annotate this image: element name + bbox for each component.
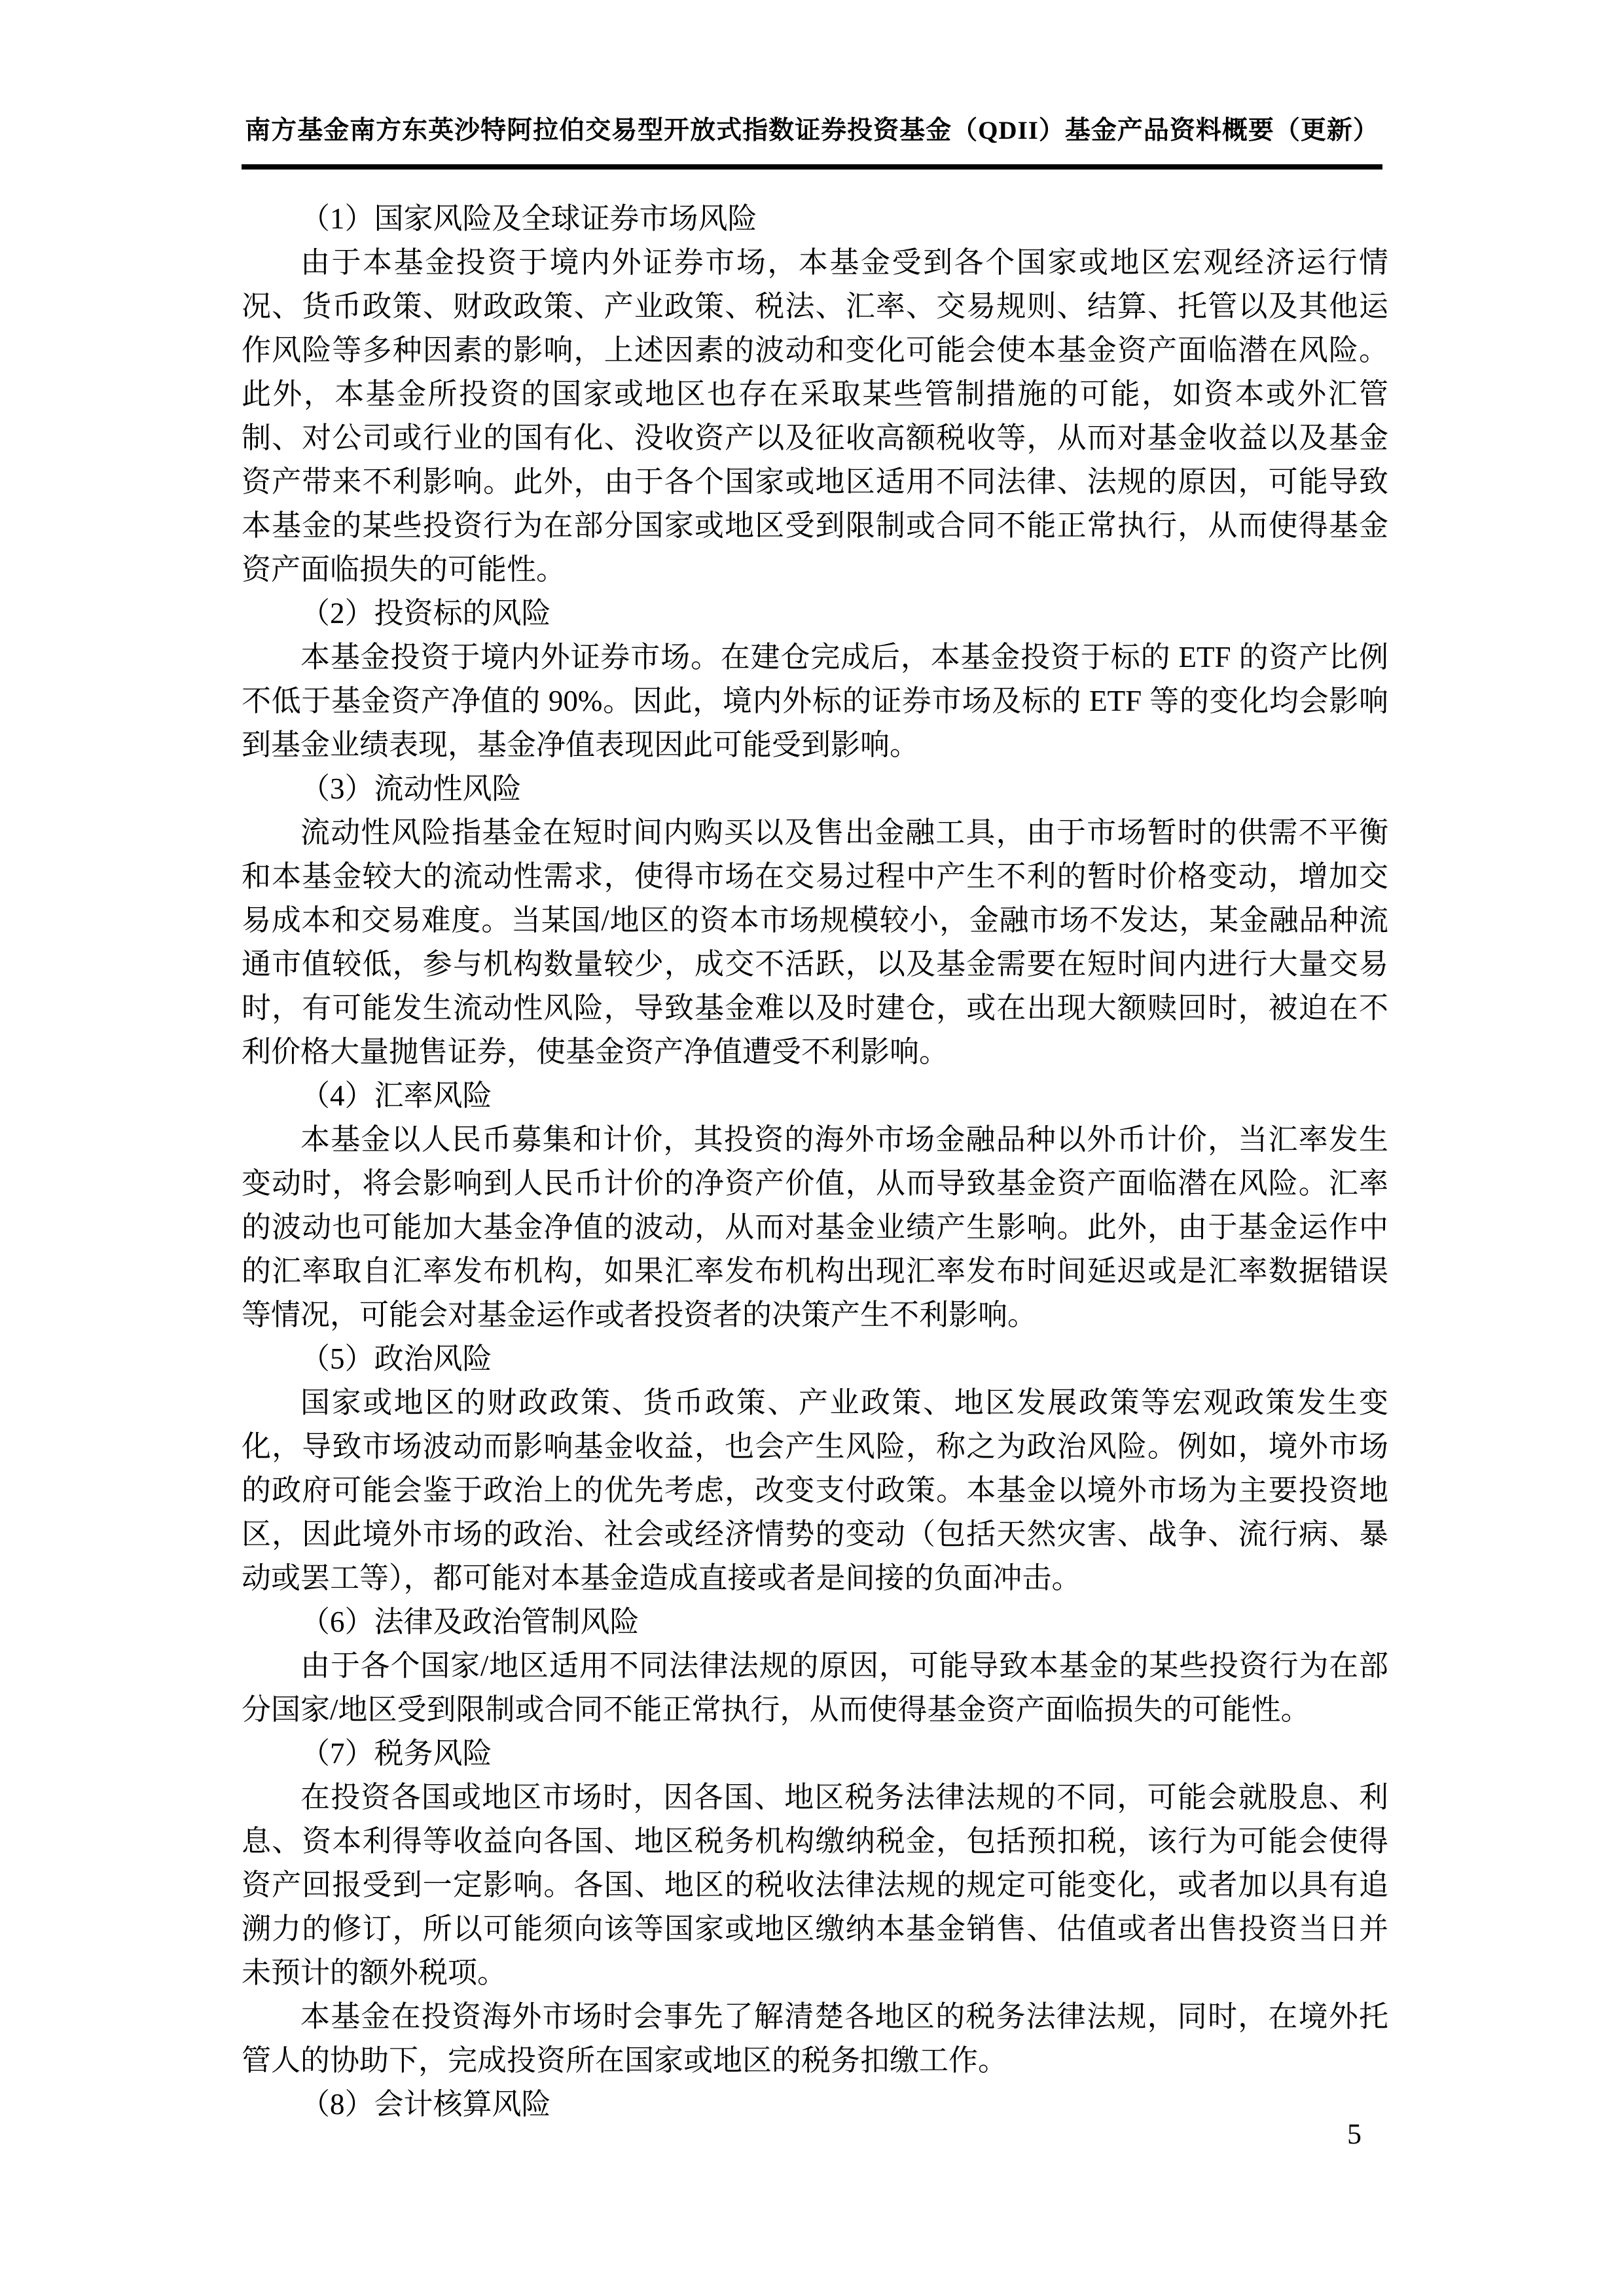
document-header-title: 南方基金南方东英沙特阿拉伯交易型开放式指数证券投资基金（QDII）基金产品资料概… bbox=[0, 110, 1624, 147]
section-5-heading: （5）政治风险 bbox=[242, 1337, 1388, 1381]
section-8-heading: （8）会计核算风险 bbox=[242, 2083, 1388, 2126]
document-page: 南方基金南方东英沙特阿拉伯交易型开放式指数证券投资基金（QDII）基金产品资料概… bbox=[0, 0, 1624, 2296]
section-3-paragraph-1: 流动性风险指基金在短时间内购买以及售出金融工具，由于市场暂时的供需不平衡和本基金… bbox=[242, 811, 1388, 1074]
page-number: 5 bbox=[1347, 2118, 1362, 2151]
section-2-paragraph-1: 本基金投资于境内外证券市场。在建仓完成后，本基金投资于标的 ETF 的资产比例不… bbox=[242, 636, 1388, 767]
section-4-paragraph-1: 本基金以人民币募集和计价，其投资的海外市场金融品种以外币计价，当汇率发生变动时，… bbox=[242, 1118, 1388, 1337]
section-6-heading: （6）法律及政治管制风险 bbox=[242, 1600, 1388, 1644]
header-divider bbox=[242, 164, 1382, 170]
section-5-paragraph-1: 国家或地区的财政政策、货币政策、产业政策、地区发展政策等宏观政策发生变化，导致市… bbox=[242, 1381, 1388, 1600]
section-3-heading: （3）流动性风险 bbox=[242, 767, 1388, 811]
section-7-paragraph-2: 本基金在投资海外市场时会事先了解清楚各地区的税务法律法规，同时，在境外托管人的协… bbox=[242, 1995, 1388, 2083]
section-1-heading: （1）国家风险及全球证券市场风险 bbox=[242, 197, 1388, 241]
section-7-heading: （7）税务风险 bbox=[242, 1732, 1388, 1776]
section-4-heading: （4）汇率风险 bbox=[242, 1074, 1388, 1118]
document-body: （1）国家风险及全球证券市场风险 由于本基金投资于境内外证券市场，本基金受到各个… bbox=[242, 197, 1388, 2126]
section-7-paragraph-1: 在投资各国或地区市场时，因各国、地区税务法律法规的不同，可能会就股息、利息、资本… bbox=[242, 1776, 1388, 1995]
section-2-heading: （2）投资标的风险 bbox=[242, 592, 1388, 636]
section-6-paragraph-1: 由于各个国家/地区适用不同法律法规的原因，可能导致本基金的某些投资行为在部分国家… bbox=[242, 1644, 1388, 1732]
section-1-paragraph-1: 由于本基金投资于境内外证券市场，本基金受到各个国家或地区宏观经济运行情况、货币政… bbox=[242, 241, 1388, 592]
